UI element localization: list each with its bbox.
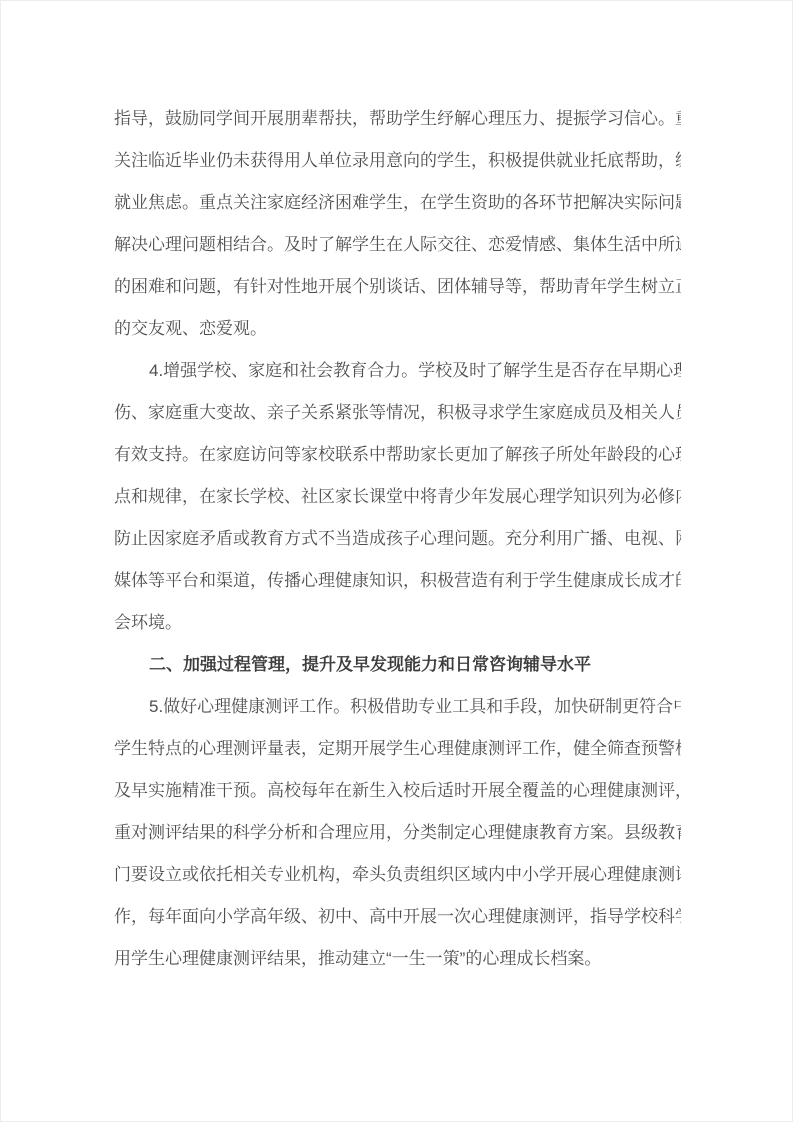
- section-heading: 二、加强过程管理，提升及早发现能力和日常咨询辅导水平: [114, 644, 681, 686]
- text-line: 5.做好心理健康测评工作。积极借助专业工具和手段，加快研制更符合中国: [114, 686, 681, 728]
- text-line: 及早实施精准干预。高校每年在新生入校后适时开展全覆盖的心理健康测评，注: [114, 770, 681, 812]
- text-line: 的交友观、恋爱观。: [114, 308, 681, 350]
- text-line: 学生特点的心理测评量表，定期开展学生心理健康测评工作，健全筛查预警机制，: [114, 728, 681, 770]
- text-line: 门要设立或依托相关专业机构，牵头负责组织区域内中小学开展心理健康测评工: [114, 854, 681, 896]
- text-line: 防止因家庭矛盾或教育方式不当造成孩子心理问题。充分利用广播、电视、网络: [114, 518, 681, 560]
- text-line: 指导，鼓励同学间开展朋辈帮扶，帮助学生纾解心理压力、提振学习信心。重点: [114, 98, 681, 140]
- paragraph: 4.增强学校、家庭和社会教育合力。学校及时了解学生是否存在早期心理创 伤、家庭重…: [114, 350, 681, 644]
- paragraph: 指导，鼓励同学间开展朋辈帮扶，帮助学生纾解心理压力、提振学习信心。重点 关注临近…: [114, 98, 681, 350]
- text-line: 就业焦虑。重点关注家庭经济困难学生，在学生资助的各环节把解决实际问题与: [114, 182, 681, 224]
- text-line: 会环境。: [114, 602, 681, 644]
- text-line: 作，每年面向小学高年级、初中、高中开展一次心理健康测评，指导学校科学运: [114, 896, 681, 938]
- text-line: 点和规律，在家长学校、社区家长课堂中将青少年发展心理学知识列为必修内容，: [114, 476, 681, 518]
- text-line: 用学生心理健康测评结果，推动建立“一生一策”的心理成长档案。: [114, 938, 681, 980]
- text-line: 有效支持。在家庭访问等家校联系中帮助家长更加了解孩子所处年龄段的心理特: [114, 434, 681, 476]
- text-line: 伤、家庭重大变故、亲子关系紧张等情况，积极寻求学生家庭成员及相关人员的: [114, 392, 681, 434]
- section-heading-text: 二、加强过程管理，提升及早发现能力和日常咨询辅导水平: [114, 644, 681, 686]
- text-line: 重对测评结果的科学分析和合理应用，分类制定心理健康教育方案。县级教育部: [114, 812, 681, 854]
- text-line: 的困难和问题，有针对性地开展个别谈话、团体辅导等，帮助青年学生树立正确: [114, 266, 681, 308]
- document-page: 指导，鼓励同学间开展朋辈帮扶，帮助学生纾解心理压力、提振学习信心。重点 关注临近…: [0, 0, 793, 1122]
- text-line: 4.增强学校、家庭和社会教育合力。学校及时了解学生是否存在早期心理创: [114, 350, 681, 392]
- text-line: 媒体等平台和渠道，传播心理健康知识，积极营造有利于学生健康成长成才的社: [114, 560, 681, 602]
- text-line: 关注临近毕业仍未获得用人单位录用意向的学生，积极提供就业托底帮助，缓解: [114, 140, 681, 182]
- paragraph: 5.做好心理健康测评工作。积极借助专业工具和手段，加快研制更符合中国 学生特点的…: [114, 686, 681, 980]
- document-content: 指导，鼓励同学间开展朋辈帮扶，帮助学生纾解心理压力、提振学习信心。重点 关注临近…: [114, 98, 681, 980]
- text-line: 解决心理问题相结合。及时了解学生在人际交往、恋爱情感、集体生活中所遇到: [114, 224, 681, 266]
